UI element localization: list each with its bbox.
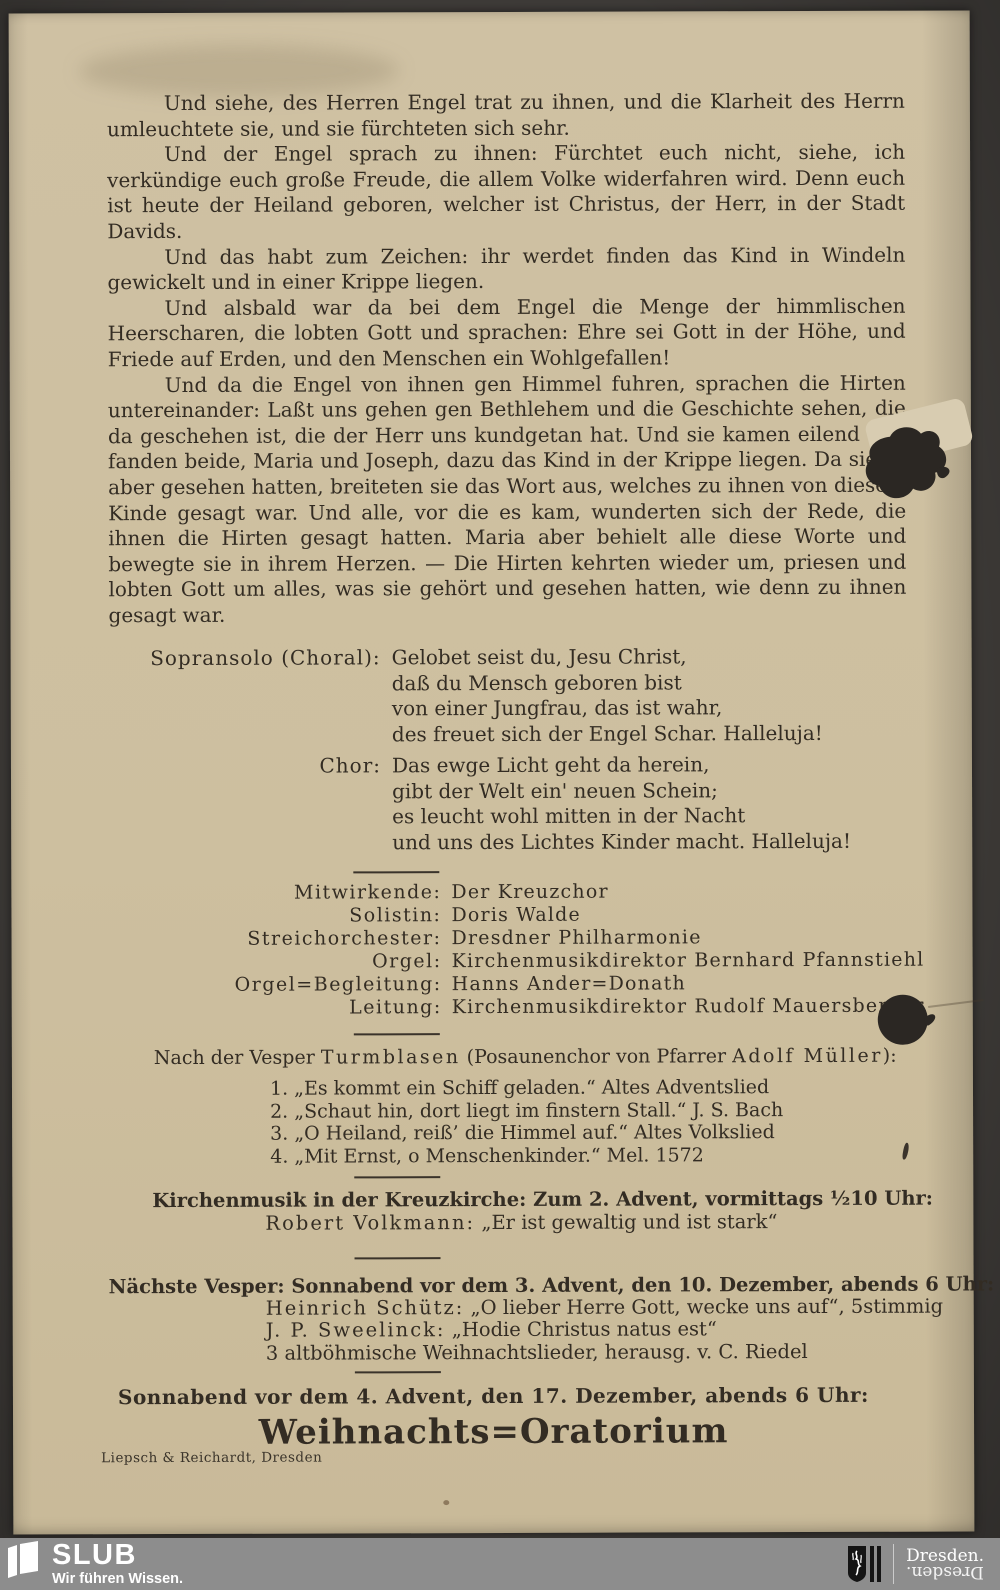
credit-row: Orgel: Kirchenmusikdirektor Bernhard Pfa… bbox=[108, 949, 925, 975]
finale-section: Sonnabend vor dem 4. Advent, den 17. Dez… bbox=[13, 1382, 974, 1453]
chor-lines: Das ewge Licht geht da herein, gibt der … bbox=[392, 752, 851, 855]
credit-role: Streichorchester: bbox=[107, 927, 441, 951]
heading-text-spaced: Adolf Müller bbox=[732, 1045, 883, 1067]
kirchenmusik-line: Robert Volkmann: „Er ist gewaltig und is… bbox=[265, 1210, 933, 1235]
credit-role: Solistin: bbox=[107, 904, 441, 928]
ink-blot bbox=[876, 992, 942, 1050]
credit-value: Kirchenmusikdirektor Bernhard Pfannstieh… bbox=[452, 949, 925, 973]
kirchenmusik-section: Kirchenmusik in der Kreuzkirche: Zum 2. … bbox=[152, 1187, 933, 1235]
dresden-logo: Dresden. Dresden. bbox=[847, 1538, 984, 1590]
verse-line: Gelobet seist du, Jesu Christ, bbox=[392, 644, 823, 671]
verse-line: und uns des Lichtes Kinder macht. Hallel… bbox=[392, 828, 851, 855]
credit-value: Kirchenmusikdirektor Rudolf Mauersberger bbox=[452, 995, 925, 1019]
list-item: 3. „O Heiland, reiß’ die Himmel auf.“ Al… bbox=[270, 1121, 897, 1146]
ink-blot bbox=[858, 419, 962, 515]
scanned-page: Und siehe, des Herren Engel trat zu ihne… bbox=[9, 10, 975, 1534]
credit-row: Mitwirkende: Der Kreuzchor bbox=[107, 880, 924, 906]
paragraph: Und der Engel sprach zu ihnen: Fürchtet … bbox=[107, 140, 905, 245]
credit-row: Streichorchester: Dresdner Philharmonie bbox=[107, 926, 924, 952]
credit-row: Orgel=Begleitung: Hanns Ander=Donath bbox=[108, 972, 925, 998]
chor-label: Chor: bbox=[107, 753, 381, 856]
paragraph: Und siehe, des Herren Engel trat zu ihne… bbox=[107, 89, 905, 143]
finale-date-line: Sonnabend vor dem 4. Advent, den 17. Dez… bbox=[13, 1382, 974, 1409]
slub-tagline: Wir führen Wissen. bbox=[52, 1571, 183, 1587]
finale-title: Weihnachts=Oratorium bbox=[13, 1410, 974, 1453]
verse-line: des freuet sich der Engel Schar. Hallelu… bbox=[392, 720, 823, 747]
list-item: 1. „Es kommt ein Schiff geladen.“ Altes … bbox=[270, 1076, 897, 1101]
turmblasen-section: Nach der Vesper Turmblasen (Posaunenchor… bbox=[154, 1044, 897, 1169]
sopransolo-block: Sopransolo (Choral): Gelobet seist du, J… bbox=[107, 644, 823, 748]
verse-line: daß du Mensch geboren bist bbox=[392, 669, 823, 696]
credit-value: Doris Walde bbox=[451, 904, 581, 927]
work-title: „Hodie Christus natus est“ bbox=[452, 1318, 717, 1342]
ink-bleedthrough bbox=[79, 44, 399, 97]
heading-text-spaced: Turmblasen bbox=[321, 1046, 461, 1068]
verse-line: es leucht wohl mitten in der Nacht bbox=[392, 803, 851, 830]
turmblasen-heading: Nach der Vesper Turmblasen (Posaunenchor… bbox=[154, 1044, 897, 1070]
dresden-wordmark-mirrored: Dresden. bbox=[906, 1564, 984, 1580]
kirchenmusik-heading: Kirchenmusik in der Kreuzkirche: Zum 2. … bbox=[152, 1187, 933, 1212]
verse-line: von einer Jungfrau, das ist wahr, bbox=[392, 695, 823, 722]
paragraph: Und das habt zum Zeichen: ihr werdet fin… bbox=[107, 242, 905, 296]
credit-role: Leitung: bbox=[108, 996, 442, 1020]
verse-line: gibt der Welt ein' neuen Schein; bbox=[392, 777, 851, 804]
program-line: 3 altböhmische Weihnachtslieder, herausg… bbox=[266, 1340, 995, 1365]
work-title: 3 altböhmische Weihnachtslieder, herausg… bbox=[266, 1340, 808, 1365]
work-title: „O lieber Herre Gott, wecke uns auf“, 5s… bbox=[471, 1295, 944, 1319]
section-divider bbox=[354, 1176, 440, 1178]
credit-value: Dresdner Philharmonie bbox=[451, 926, 701, 950]
mitwirkende-list: Mitwirkende: Der Kreuzchor Solistin: Dor… bbox=[107, 880, 924, 1021]
section-divider bbox=[355, 1371, 441, 1373]
footer-bar: SLUB Wir führen Wissen. Dresden. Dresden… bbox=[0, 1538, 1000, 1590]
footer-divider bbox=[893, 1544, 894, 1584]
printer-imprint: Liepsch & Reichardt, Dresden bbox=[101, 1450, 322, 1467]
ink-mark bbox=[902, 1142, 910, 1160]
composer-name: Robert Volkmann: bbox=[265, 1211, 475, 1235]
section-divider bbox=[354, 1033, 440, 1035]
list-item: 4. „Mit Ernst, o Menschenkinder.“ Mel. 1… bbox=[270, 1144, 897, 1169]
heading-text: Nach der Vesper bbox=[154, 1047, 321, 1070]
naechste-vesper-lines: Heinrich Schütz: „O lieber Herre Gott, w… bbox=[266, 1295, 995, 1365]
paragraph: Und da die Engel von ihnen gen Himmel fu… bbox=[108, 370, 907, 628]
sopransolo-label: Sopransolo (Choral): bbox=[107, 645, 381, 748]
heading-text: (Posaunenchor von Pfarrer bbox=[461, 1045, 733, 1068]
composer-name: Heinrich Schütz: bbox=[266, 1296, 465, 1320]
dresden-crest-icon bbox=[847, 1545, 881, 1583]
sopransolo-lines: Gelobet seist du, Jesu Christ, daß du Me… bbox=[392, 644, 823, 747]
gospel-text: Und siehe, des Herren Engel trat zu ihne… bbox=[107, 89, 907, 629]
credit-value: Der Kreuzchor bbox=[451, 881, 608, 904]
composer-name: J. P. Sweelinck: bbox=[266, 1319, 446, 1343]
credit-role: Mitwirkende: bbox=[107, 881, 441, 905]
credit-value: Hanns Ander=Donath bbox=[452, 972, 686, 996]
credit-row: Leitung: Kirchenmusikdirektor Rudolf Mau… bbox=[108, 995, 925, 1021]
program-line: J. P. Sweelinck: „Hodie Christus natus e… bbox=[266, 1318, 995, 1343]
section-divider bbox=[355, 1257, 441, 1259]
slub-logo: SLUB Wir führen Wissen. bbox=[8, 1541, 183, 1587]
section-divider bbox=[353, 871, 439, 873]
list-item: 2. „Schaut hin, dort liegt im finstern S… bbox=[270, 1098, 897, 1123]
chor-block: Chor: Das ewge Licht geht da herein, gib… bbox=[107, 752, 851, 856]
paragraph: Und alsbald war da bei dem Engel die Men… bbox=[108, 293, 906, 372]
naechste-vesper-section: Nächste Vesper: Sonnabend vor dem 3. Adv… bbox=[109, 1272, 995, 1365]
program-line: Heinrich Schütz: „O lieber Herre Gott, w… bbox=[266, 1295, 995, 1320]
credit-role: Orgel: bbox=[108, 950, 442, 974]
slub-name: SLUB bbox=[52, 1541, 183, 1569]
credit-row: Solistin: Doris Walde bbox=[107, 903, 924, 929]
credit-role: Orgel=Begleitung: bbox=[108, 973, 442, 997]
slub-wordmark: SLUB Wir führen Wissen. bbox=[52, 1541, 183, 1587]
work-title: „Er ist gewaltig und ist stark“ bbox=[481, 1210, 777, 1234]
turmblasen-items: 1. „Es kommt ein Schiff geladen.“ Altes … bbox=[270, 1076, 897, 1168]
dresden-wordmark: Dresden. Dresden. bbox=[906, 1548, 984, 1580]
ink-speck bbox=[443, 1500, 449, 1505]
verse-line: Das ewge Licht geht da herein, bbox=[392, 752, 851, 779]
slub-book-icon bbox=[8, 1541, 38, 1579]
